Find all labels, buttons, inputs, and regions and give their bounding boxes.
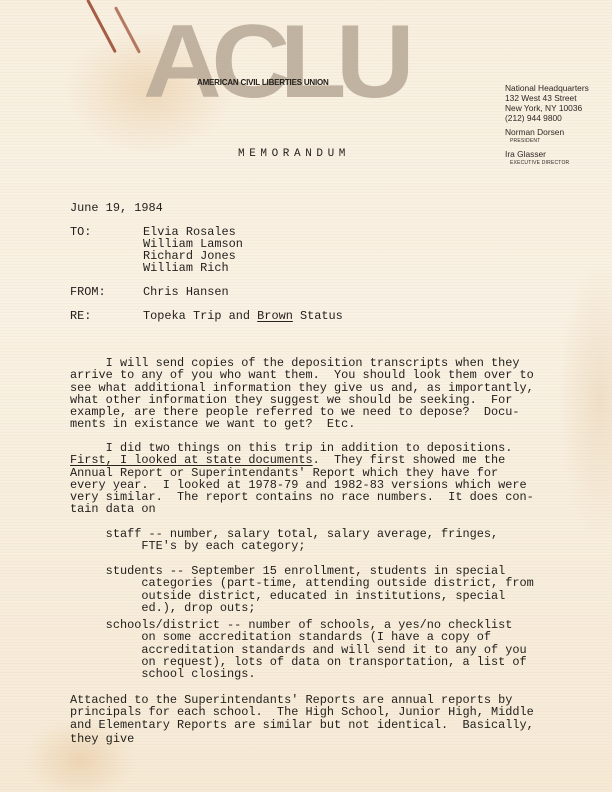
- headquarters-block: National Headquarters 132 West 43 Street…: [505, 83, 589, 167]
- hq-city: New York, NY 10036: [505, 103, 589, 113]
- memo-page: ACLU AMERICAN CIVIL LIBERTIES UNION Nati…: [0, 0, 612, 792]
- text-line: principals for each school. The High Sch…: [70, 706, 534, 718]
- hq-phone: (212) 944 9800: [505, 113, 589, 123]
- text-line: FTE's by each category;: [70, 540, 498, 552]
- recipient: William Rich: [143, 262, 229, 274]
- re-subject: Topeka Trip and Brown Status: [143, 310, 343, 322]
- list-item-staff: staff -- number, salary total, salary av…: [70, 528, 498, 553]
- rust-stain: [114, 6, 141, 53]
- logo-letters: ACLU: [143, 20, 366, 105]
- paragraph-1: I will send copies of the deposition tra…: [70, 357, 534, 431]
- officer-title: PRESIDENT: [505, 137, 589, 145]
- re-label: RE:: [70, 310, 91, 322]
- text-line: on some accreditation standards (I have …: [70, 631, 527, 643]
- text-line: arrive to any of you who want them. You …: [70, 369, 534, 381]
- hq-street: 132 West 43 Street: [505, 93, 589, 103]
- to-label: TO:: [70, 226, 91, 238]
- text-line: First, I looked at state documents. They…: [70, 454, 534, 466]
- memo-date: June 19, 1984: [70, 202, 163, 214]
- text-line: school closings.: [70, 668, 527, 680]
- paragraph-3: Attached to the Superintendants' Reports…: [70, 694, 534, 745]
- list-item-schools: schools/district -- number of schools, a…: [70, 619, 527, 680]
- aclu-logo: ACLU AMERICAN CIVIL LIBERTIES UNION: [143, 20, 355, 105]
- text-line: ments in existance we want to get? Etc.: [70, 418, 534, 430]
- re-text: Status: [293, 309, 343, 323]
- officer-name: Ira Glasser: [505, 149, 589, 159]
- hq-label: National Headquarters: [505, 83, 589, 93]
- list-item-students: students -- September 15 enrollment, stu…: [70, 565, 534, 614]
- case-name: Brown: [257, 309, 293, 323]
- officer-name: Norman Dorsen: [505, 127, 589, 137]
- from-name: Chris Hansen: [143, 286, 229, 298]
- re-text: Topeka Trip and: [143, 309, 257, 323]
- text-line: tain data on: [70, 503, 534, 515]
- from-label: FROM:: [70, 286, 106, 298]
- text-line: categories (part-time, attending outside…: [70, 577, 534, 589]
- paragraph-2: I did two things on this trip in additio…: [70, 442, 534, 516]
- text-line: and Elementary Reports are similar but n…: [70, 719, 534, 731]
- rust-stain: [86, 0, 117, 53]
- text-line: ed.), drop outs;: [70, 602, 534, 614]
- officer-title: EXECUTIVE DIRECTOR: [505, 159, 589, 167]
- memo-heading: MEMORANDUM: [238, 148, 350, 160]
- text-line: they give: [70, 733, 534, 745]
- organization-name: AMERICAN CIVIL LIBERTIES UNION: [197, 78, 329, 87]
